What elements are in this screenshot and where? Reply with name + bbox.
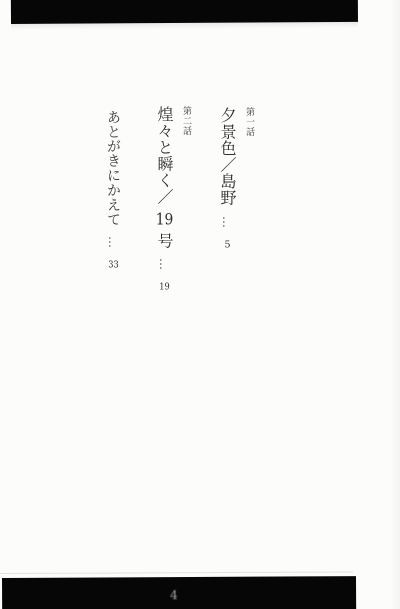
chapter-1-title: 夕景色／島野 … 5 bbox=[216, 107, 239, 249]
leader-dots: … bbox=[106, 236, 120, 249]
chapter-2-label: 第二話 bbox=[180, 106, 193, 292]
scanned-book-page: 第一話 夕景色／島野 … 5 第二話 煌々と瞬く／ 19 号 … 19 あとがき… bbox=[0, 0, 400, 609]
toc-entry-chapter-1: 第一話 夕景色／島野 … 5 bbox=[216, 107, 256, 249]
afterword-page-number: 33 bbox=[108, 260, 119, 270]
chapter-2-title-number: 19 bbox=[155, 211, 174, 227]
chapter-1-title-text: 夕景色／島野 bbox=[218, 107, 237, 206]
chapter-1-label: 第一話 bbox=[243, 107, 256, 249]
bottom-black-band: 4 bbox=[2, 576, 356, 609]
toc-entry-chapter-2: 第二話 煌々と瞬く／ 19 号 … 19 bbox=[153, 106, 193, 292]
chapter-1-page-number: 5 bbox=[222, 240, 233, 250]
page-folio-number: 4 bbox=[170, 588, 179, 602]
table-of-contents: 第一話 夕景色／島野 … 5 第二話 煌々と瞬く／ 19 号 … 19 あとがき… bbox=[0, 0, 400, 609]
chapter-2-page-number: 19 bbox=[159, 282, 170, 292]
toc-entry-afterword: あとがきにかえて … 33 bbox=[103, 110, 123, 269]
leader-dots: … bbox=[220, 216, 234, 229]
chapter-2-title: 煌々と瞬く／ 19 号 … 19 bbox=[153, 106, 176, 292]
chapter-2-title-suffix: 号 bbox=[155, 232, 174, 249]
chapter-2-title-text: 煌々と瞬く／ bbox=[155, 106, 174, 205]
afterword-title: あとがきにかえて … 33 bbox=[103, 110, 123, 269]
afterword-title-text: あとがきにかえて bbox=[105, 110, 121, 227]
leader-dots: … bbox=[157, 258, 171, 271]
